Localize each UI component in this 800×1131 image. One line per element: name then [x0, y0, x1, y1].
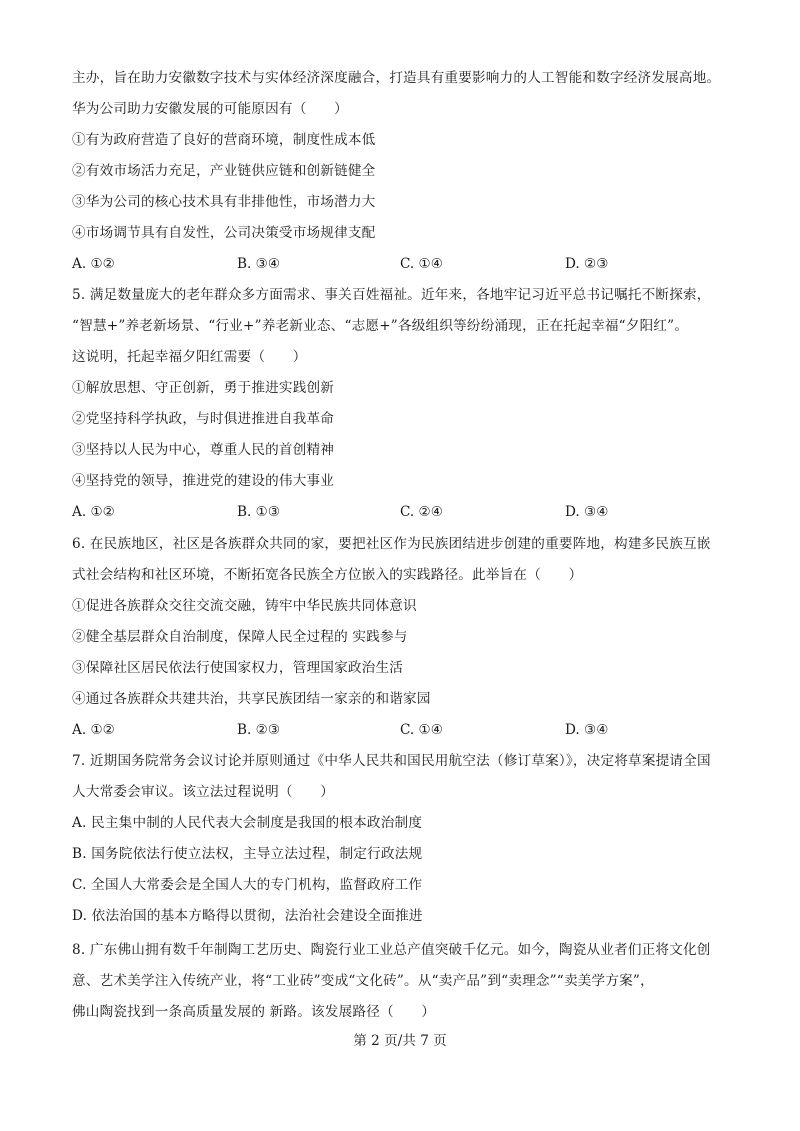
q7-stem-line-1: 7. 近期国务院常务会议讨论并原则通过《中华人民共和国民用航空法（修订草案）》，…: [72, 752, 711, 770]
q5-option-b[interactable]: B. ①③: [237, 503, 280, 521]
q5-stem-line-1: 5. 满足数量庞大的老年群众多方面需求、事关百姓福祉。近年来，各地牢记习近平总书…: [72, 286, 711, 304]
q5-option-a[interactable]: A. ①②: [72, 503, 115, 521]
q6-option-c[interactable]: C. ①④: [400, 721, 443, 739]
q4-statement-3: ③华为公司的核心技术具有非排他性，市场潜力大: [72, 193, 375, 211]
q6-statement-3: ③保障社区居民依法行使国家权力，管理国家政治生活: [72, 659, 403, 677]
q5-option-c[interactable]: C. ②④: [400, 503, 443, 521]
q4-stem-line-1: 主办，旨在助力安徽数字技术与实体经济深度融合，打造具有重要影响力的人工智能和数字…: [72, 69, 720, 87]
q8-stem-line-1: 8. 广东佛山拥有数千年制陶工艺历史、陶瓷行业工业总产值突破千亿元。如今，陶瓷从…: [72, 941, 711, 959]
q5-option-d[interactable]: D. ③④: [565, 503, 608, 521]
q6-stem-line-2: 式社会结构和社区环境，不断拓宽各民族全方位嵌入的实践路径。此举旨在（ ）: [72, 566, 582, 584]
q4-statement-2: ②有效市场活力充足，产业链供应链和创新链健全: [72, 162, 375, 180]
q6-option-b[interactable]: B. ②③: [237, 721, 280, 739]
exam-page: 主办，旨在助力安徽数字技术与实体经济深度融合，打造具有重要影响力的人工智能和数字…: [0, 0, 800, 1131]
q8-stem-line-2: 意、艺术美学注入传统产业，将“工业砖”变成“文化砖”。从“卖产品”到“卖理念”“…: [72, 972, 654, 990]
q4-option-d[interactable]: D. ②③: [565, 255, 608, 273]
q4-option-a[interactable]: A. ①②: [72, 255, 115, 273]
q7-choice-c[interactable]: C. 全国人大常委会是全国人大的专门机构，监督政府工作: [72, 876, 422, 894]
q6-statement-1: ①促进各族群众交往交流交融，铸牢中华民族共同体意识: [72, 597, 417, 615]
q4-stem-line-2: 华为公司助力安徽发展的可能原因有（ ）: [72, 100, 348, 118]
q5-options: A. ①② B. ①③ C. ②④ D. ③④: [72, 503, 732, 521]
q4-statement-4: ④市场调节具有自发性，公司决策受市场规律支配: [72, 224, 375, 242]
q8-stem-line-3: 佛山陶瓷找到一条高质量发展的 新路。该发展路径（ ）: [72, 1003, 435, 1021]
page-number-footer: 第 2 页/共 7 页: [0, 1032, 800, 1050]
q6-statement-4: ④通过各族群众共建共治，共享民族团结一家亲的和谐家园: [72, 690, 431, 708]
q4-statement-1: ①有为政府营造了良好的营商环境，制度性成本低: [72, 131, 375, 149]
q5-statement-4: ④坚持党的领导，推进党的建设的伟大事业: [72, 472, 334, 490]
q7-choice-b[interactable]: B. 国务院依法行使立法权，主导立法过程，制定行政法规: [72, 845, 422, 863]
q5-statement-3: ③坚持以人民为中心，尊重人民的首创精神: [72, 441, 334, 459]
q5-stem-line-2: “智慧+”养老新场景、“行业+”养老新业态、“志愿+”各级组织等纷纷涌现，正在托…: [72, 317, 688, 335]
q7-choice-a[interactable]: A. 民主集中制的人民代表大会制度是我国的根本政治制度: [72, 814, 422, 832]
q7-stem-line-2: 人大常委会审议。该立法过程说明（ ）: [72, 783, 334, 801]
q6-option-d[interactable]: D. ③④: [565, 721, 608, 739]
q5-statement-2: ②党坚持科学执政，与时俱进推进自我革命: [72, 410, 334, 428]
q6-stem-line-1: 6. 在民族地区，社区是各族群众共同的家，要把社区作为民族团结进步创建的重要阵地…: [72, 535, 711, 553]
q6-option-a[interactable]: A. ①②: [72, 721, 115, 739]
q5-statement-1: ①解放思想、守正创新，勇于推进实践创新: [72, 379, 334, 397]
q6-options: A. ①② B. ②③ C. ①④ D. ③④: [72, 721, 732, 739]
q6-statement-2: ②健全基层群众自治制度，保障人民全过程的 实践参与: [72, 628, 408, 646]
q4-option-b[interactable]: B. ③④: [237, 255, 280, 273]
q7-choice-d[interactable]: D. 依法治国的基本方略得以贯彻，法治社会建设全面推进: [72, 907, 423, 925]
q4-option-c[interactable]: C. ①④: [400, 255, 443, 273]
q5-stem-line-3: 这说明，托起幸福夕阳红需要（ ）: [72, 348, 307, 366]
q4-options: A. ①② B. ③④ C. ①④ D. ②③: [72, 255, 732, 273]
